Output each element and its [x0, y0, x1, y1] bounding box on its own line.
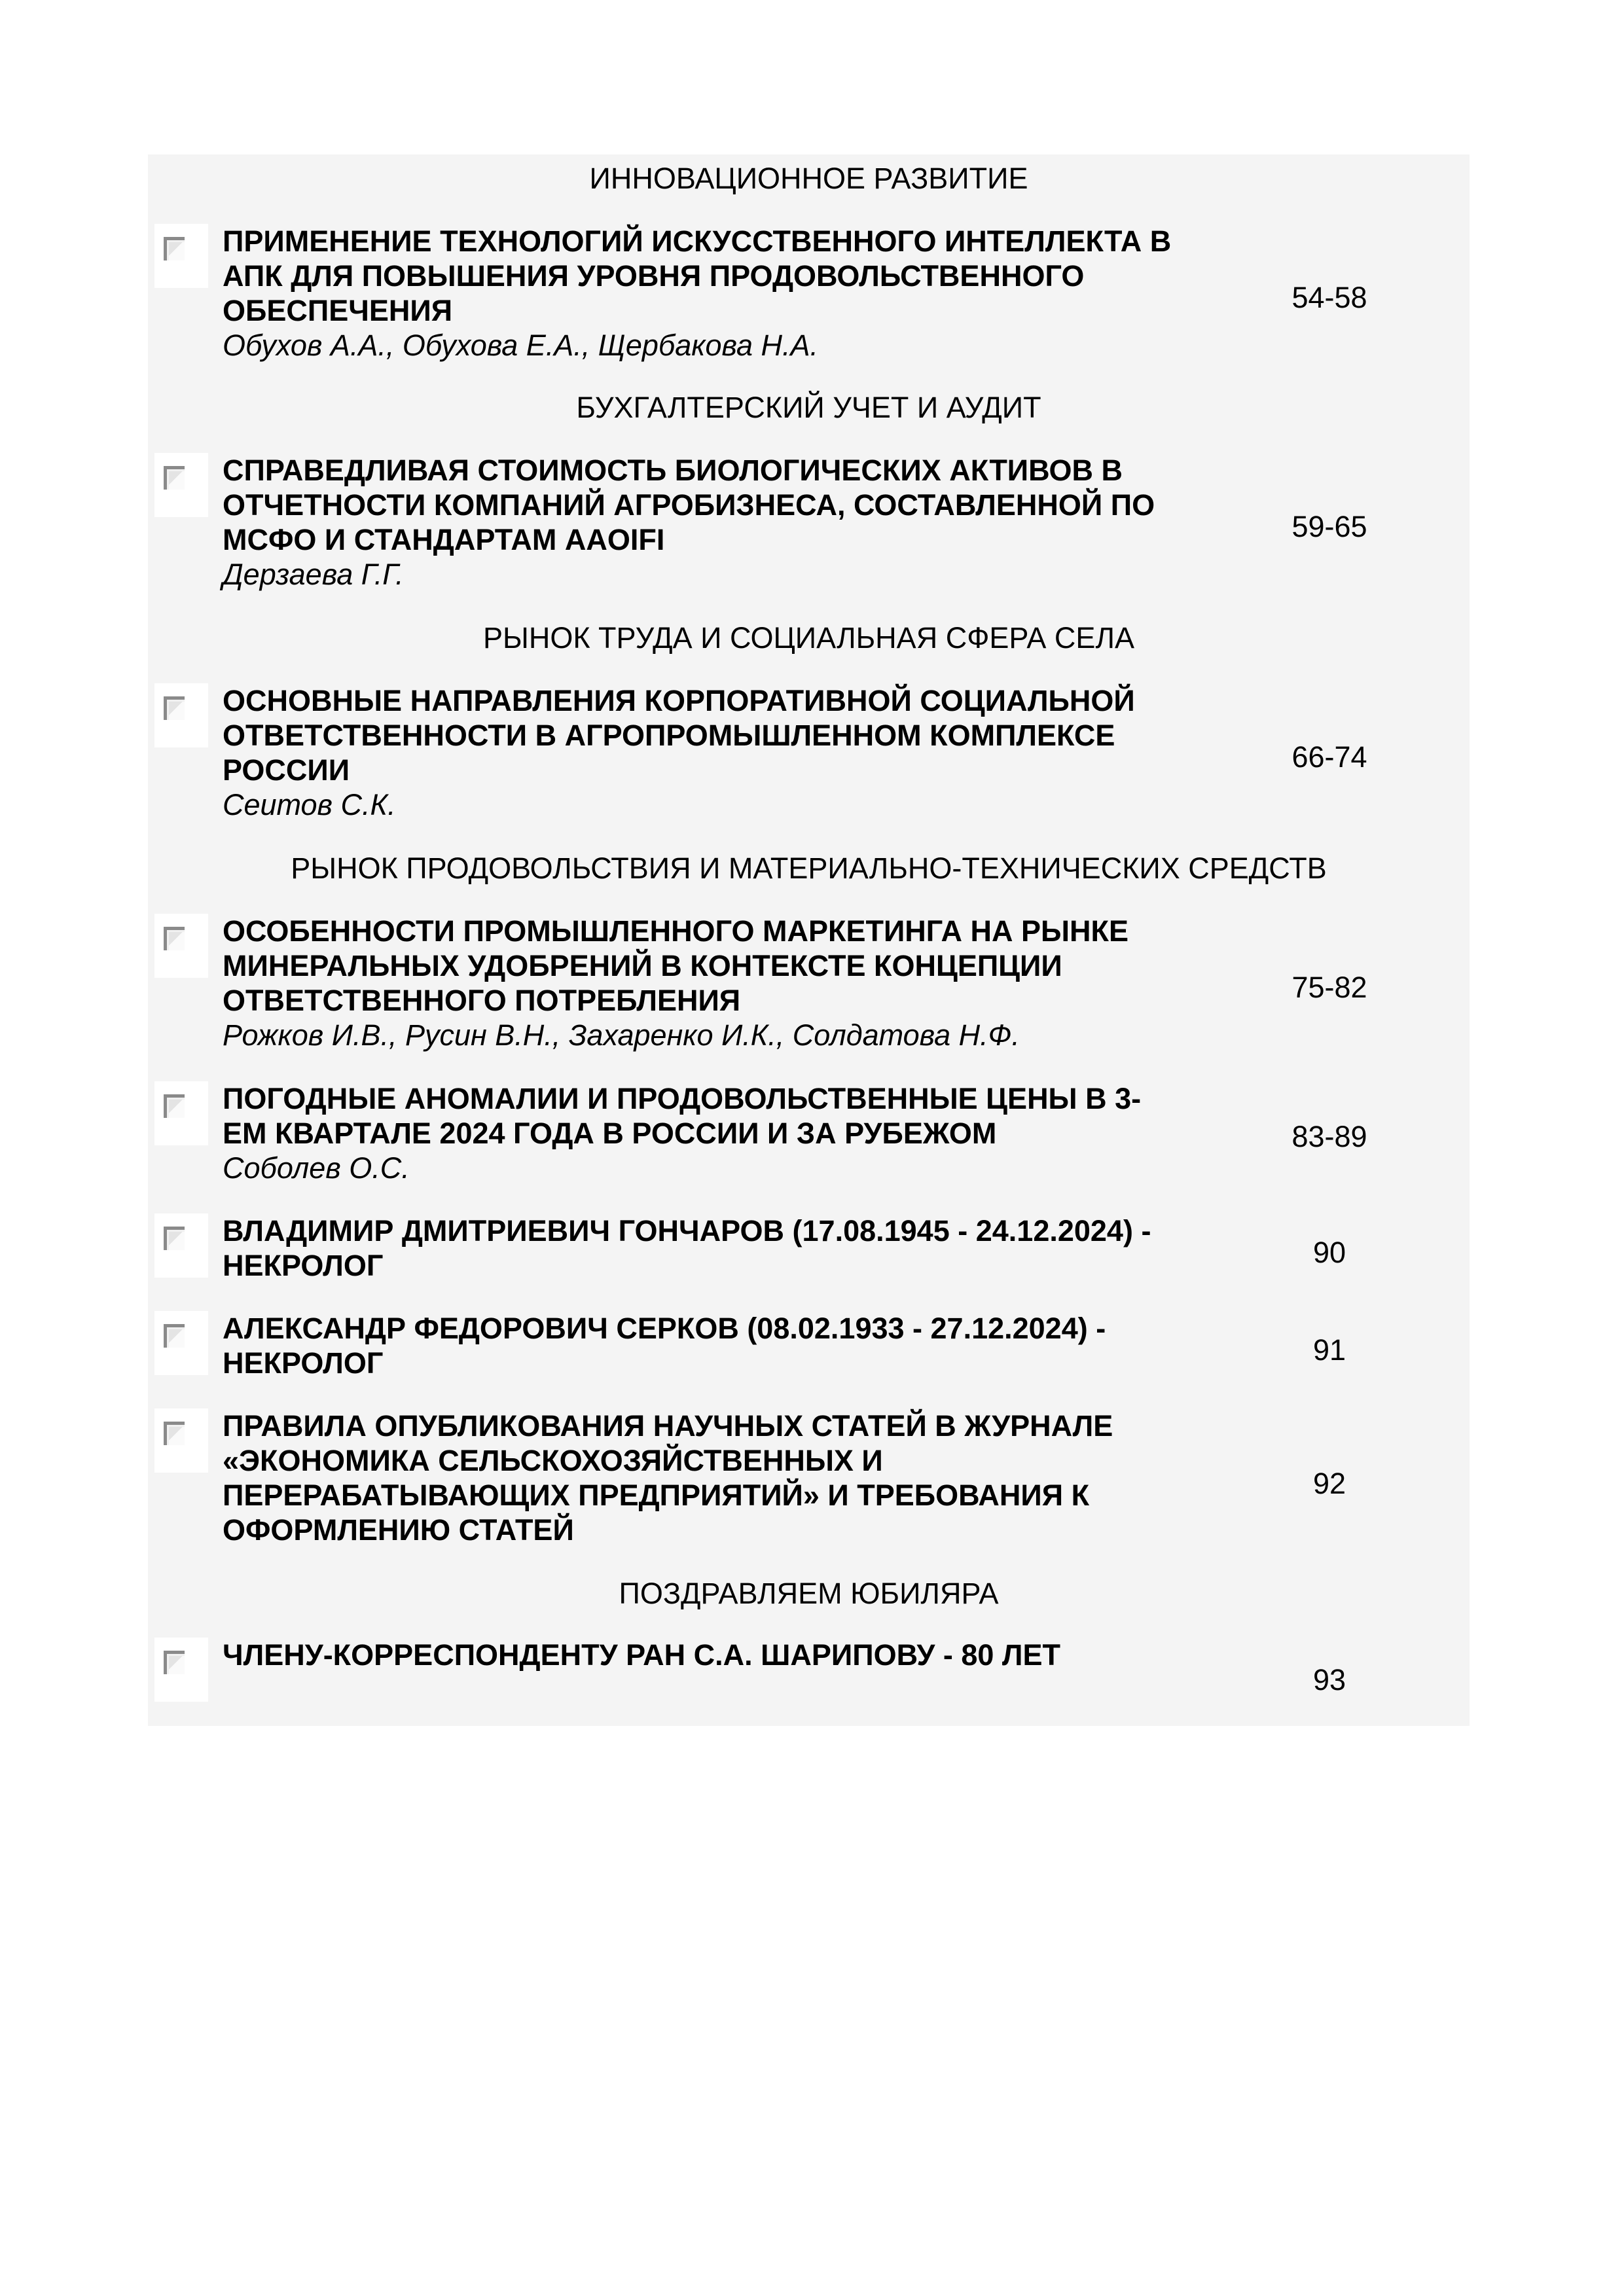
checkbox-cell[interactable]: [154, 1311, 208, 1375]
title-line: РОССИИ: [223, 753, 1204, 787]
article-title[interactable]: СПРАВЕДЛИВАЯ СТОИМОСТЬ БИОЛОГИЧЕСКИХ АКТ…: [223, 453, 1204, 557]
title-line: ОТВЕТСТВЕННОГО ПОТРЕБЛЕНИЯ: [223, 983, 1204, 1018]
checkbox-cell[interactable]: [154, 1408, 208, 1473]
title-line: «ЭКОНОМИКА СЕЛЬСКОХОЗЯЙСТВЕННЫХ И: [223, 1443, 1204, 1478]
checkbox-icon[interactable]: [164, 696, 185, 720]
article-title[interactable]: ЧЛЕНУ-КОРРЕСПОНДЕНТУ РАН С.А. ШАРИПОВУ -…: [223, 1638, 1204, 1672]
checkbox-icon[interactable]: [164, 466, 185, 490]
title-line: МСФО И СТАНДАРТАМ AAOIFI: [223, 522, 1204, 557]
checkbox-cell[interactable]: [154, 1638, 208, 1702]
title-line: ПРАВИЛА ОПУБЛИКОВАНИЯ НАУЧНЫХ СТАТЕЙ В Ж…: [223, 1408, 1204, 1443]
title-line: ОСНОВНЫЕ НАПРАВЛЕНИЯ КОРПОРАТИВНОЙ СОЦИА…: [223, 683, 1204, 718]
page-range: 54-58: [1261, 280, 1398, 315]
page-range: 75-82: [1261, 970, 1398, 1005]
title-line: НЕКРОЛОГ: [223, 1346, 1204, 1380]
title-line: ОТВЕТСТВЕННОСТИ В АГРОПРОМЫШЛЕННОМ КОМПЛ…: [223, 718, 1204, 753]
title-line: ОБЕСПЕЧЕНИЯ: [223, 293, 1204, 328]
page-range: 83-89: [1261, 1119, 1398, 1154]
checkbox-icon[interactable]: [164, 927, 185, 950]
table-of-contents: ИННОВАЦИОННОЕ РАЗВИТИЕ ПРИМЕНЕНИЕ ТЕХНОЛ…: [148, 154, 1470, 1726]
article-title[interactable]: ПРИМЕНЕНИЕ ТЕХНОЛОГИЙ ИСКУССТВЕННОГО ИНТ…: [223, 224, 1204, 328]
article-authors: Соболев О.С.: [223, 1151, 1204, 1185]
page-range: 91: [1261, 1333, 1398, 1367]
article-title[interactable]: ОСНОВНЫЕ НАПРАВЛЕНИЯ КОРПОРАТИВНОЙ СОЦИА…: [223, 683, 1204, 787]
section-heading: РЫНОК ПРОДОВОЛЬСТВИЯ И МАТЕРИАЛЬНО-ТЕХНИ…: [148, 851, 1470, 886]
section-heading: БУХГАЛТЕРСКИЙ УЧЕТ И АУДИТ: [148, 390, 1470, 425]
title-line: НЕКРОЛОГ: [223, 1248, 1204, 1283]
page-range: 92: [1261, 1466, 1398, 1501]
title-line: СПРАВЕДЛИВАЯ СТОИМОСТЬ БИОЛОГИЧЕСКИХ АКТ…: [223, 453, 1204, 488]
title-line: ПОГОДНЫЕ АНОМАЛИИ И ПРОДОВОЛЬСТВЕННЫЕ ЦЕ…: [223, 1081, 1204, 1116]
article-authors: Обухов А.А., Обухова Е.А., Щербакова Н.А…: [223, 328, 1204, 363]
title-line: ВЛАДИМИР ДМИТРИЕВИЧ ГОНЧАРОВ (17.08.1945…: [223, 1213, 1204, 1248]
title-line: ПЕРЕРАБАТЫВАЮЩИХ ПРЕДПРИЯТИЙ» И ТРЕБОВАН…: [223, 1478, 1204, 1513]
checkbox-icon[interactable]: [164, 1324, 185, 1348]
title-line: ПРИМЕНЕНИЕ ТЕХНОЛОГИЙ ИСКУССТВЕННОГО ИНТ…: [223, 224, 1204, 259]
checkbox-cell[interactable]: [154, 683, 208, 747]
checkbox-cell[interactable]: [154, 453, 208, 517]
checkbox-cell[interactable]: [154, 224, 208, 288]
article-title[interactable]: АЛЕКСАНДР ФЕДОРОВИЧ СЕРКОВ (08.02.1933 -…: [223, 1311, 1204, 1380]
article-title[interactable]: ПОГОДНЫЕ АНОМАЛИИ И ПРОДОВОЛЬСТВЕННЫЕ ЦЕ…: [223, 1081, 1204, 1151]
article-title[interactable]: ВЛАДИМИР ДМИТРИЕВИЧ ГОНЧАРОВ (17.08.1945…: [223, 1213, 1204, 1283]
title-line: АЛЕКСАНДР ФЕДОРОВИЧ СЕРКОВ (08.02.1933 -…: [223, 1311, 1204, 1346]
page-range: 90: [1261, 1235, 1398, 1270]
title-line: ОФОРМЛЕНИЮ СТАТЕЙ: [223, 1513, 1204, 1547]
section-heading: РЫНОК ТРУДА И СОЦИАЛЬНАЯ СФЕРА СЕЛА: [148, 620, 1470, 655]
title-line: АПК ДЛЯ ПОВЫШЕНИЯ УРОВНЯ ПРОДОВОЛЬСТВЕНН…: [223, 259, 1204, 293]
checkbox-icon[interactable]: [164, 1227, 185, 1250]
checkbox-cell[interactable]: [154, 914, 208, 978]
checkbox-icon[interactable]: [164, 1651, 185, 1674]
section-heading: ИННОВАЦИОННОЕ РАЗВИТИЕ: [148, 161, 1470, 196]
article-authors: Дерзаева Г.Г.: [223, 557, 1204, 592]
section-heading: ПОЗДРАВЛЯЕМ ЮБИЛЯРА: [148, 1576, 1470, 1611]
page-range: 66-74: [1261, 740, 1398, 774]
title-line: ЧЛЕНУ-КОРРЕСПОНДЕНТУ РАН С.А. ШАРИПОВУ -…: [223, 1638, 1204, 1672]
article-authors: Сеитов С.К.: [223, 787, 1204, 822]
title-line: ОСОБЕННОСТИ ПРОМЫШЛЕННОГО МАРКЕТИНГА НА …: [223, 914, 1204, 948]
title-line: МИНЕРАЛЬНЫХ УДОБРЕНИЙ В КОНТЕКСТЕ КОНЦЕП…: [223, 948, 1204, 983]
article-title[interactable]: ПРАВИЛА ОПУБЛИКОВАНИЯ НАУЧНЫХ СТАТЕЙ В Ж…: [223, 1408, 1204, 1547]
checkbox-cell[interactable]: [154, 1213, 208, 1278]
article-title[interactable]: ОСОБЕННОСТИ ПРОМЫШЛЕННОГО МАРКЕТИНГА НА …: [223, 914, 1204, 1018]
title-line: ЕМ КВАРТАЛЕ 2024 ГОДА В РОССИИ И ЗА РУБЕ…: [223, 1116, 1204, 1151]
checkbox-icon[interactable]: [164, 1422, 185, 1445]
checkbox-icon[interactable]: [164, 1094, 185, 1118]
checkbox-icon[interactable]: [164, 237, 185, 260]
page-range: 93: [1261, 1662, 1398, 1697]
title-line: ОТЧЕТНОСТИ КОМПАНИЙ АГРОБИЗНЕСА, СОСТАВЛ…: [223, 488, 1204, 522]
checkbox-cell[interactable]: [154, 1081, 208, 1145]
article-authors: Рожков И.В., Русин В.Н., Захаренко И.К.,…: [223, 1018, 1204, 1052]
page-range: 59-65: [1261, 509, 1398, 544]
